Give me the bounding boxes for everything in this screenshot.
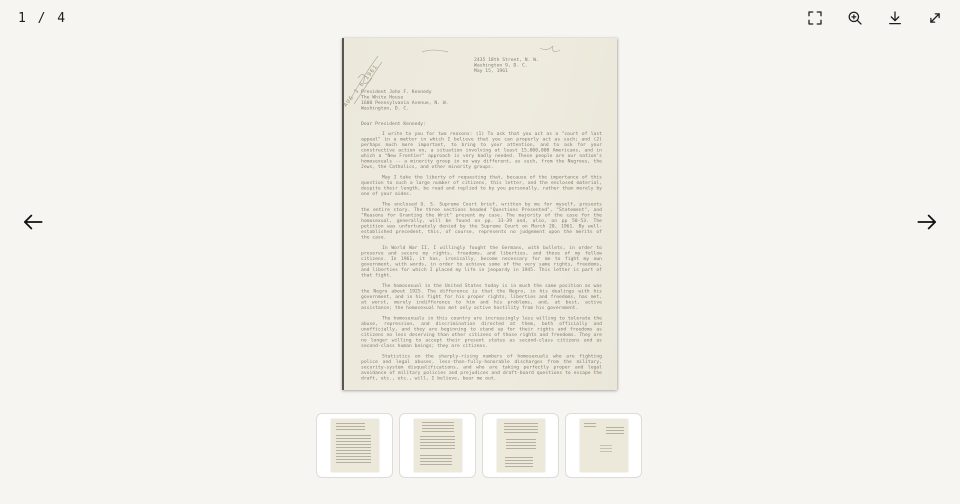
- thumbnail-page-1[interactable]: [316, 413, 393, 478]
- thumbnail-page-4-preview: [580, 419, 628, 472]
- document-page-scan[interactable]: AUG 1 6 1961 2435 18th Street, N. W. Was…: [342, 38, 617, 390]
- letter-body: I write to you for two reasons: (1) To a…: [361, 131, 602, 386]
- download-button[interactable]: [882, 6, 908, 32]
- thumbnail-page-3[interactable]: [482, 413, 559, 478]
- diagonal-resize-icon: [926, 9, 944, 30]
- fullscreen-icon: [806, 9, 824, 30]
- arrow-right-icon: [914, 209, 940, 238]
- recipient-address: President John F. Kennedy The White Hous…: [361, 89, 448, 111]
- magnifier-plus-icon: [846, 9, 864, 30]
- thumbnail-page-1-preview: [331, 419, 379, 472]
- expand-button[interactable]: [922, 6, 948, 32]
- thumbnail-strip: [316, 413, 642, 478]
- fullscreen-button[interactable]: [802, 6, 828, 32]
- letter-paragraph: In World War II, I willingly fought the …: [361, 245, 602, 278]
- letter-paragraph: Statistics on the sharply-rising numbers…: [361, 354, 602, 382]
- thumbnail-page-2[interactable]: [399, 413, 476, 478]
- zoom-in-button[interactable]: [842, 6, 868, 32]
- page-indicator: 1 / 4: [18, 11, 67, 26]
- download-icon: [886, 9, 904, 30]
- toolbar: [802, 6, 948, 32]
- thumbnail-page-3-preview: [497, 419, 545, 472]
- arrow-left-icon: [20, 209, 46, 238]
- salutation: Dear President Kennedy:: [361, 121, 426, 127]
- letter-paragraph: The homosexual in the United States toda…: [361, 283, 602, 311]
- thumbnail-page-4[interactable]: [565, 413, 642, 478]
- previous-page-button[interactable]: [16, 206, 50, 240]
- sender-address: 2435 18th Street, N. W. Washington 9, D.…: [474, 57, 539, 74]
- letter-paragraph: I write to you for two reasons: (1) To a…: [361, 131, 602, 170]
- letter-paragraph: The enclosed U. S. Supreme Court brief, …: [361, 202, 602, 241]
- letter-paragraph: The homosexuals in this country are incr…: [361, 316, 602, 349]
- letter-paragraph: May I take the liberty of requesting tha…: [361, 175, 602, 197]
- next-page-button[interactable]: [910, 206, 944, 240]
- thumbnail-page-2-preview: [414, 419, 462, 472]
